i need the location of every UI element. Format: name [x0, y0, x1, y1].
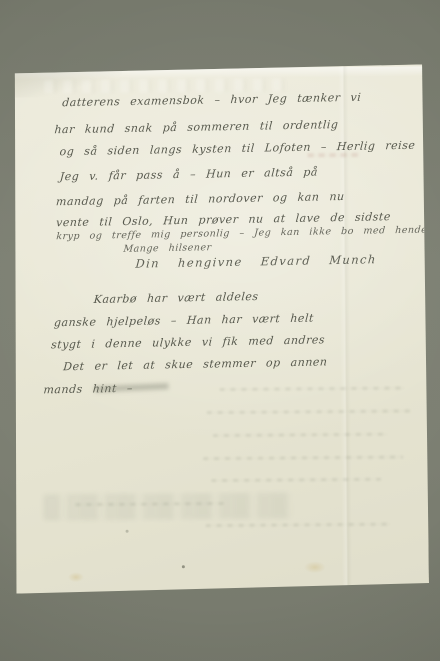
paper-speck [126, 530, 129, 533]
paper-corner-shade [12, 67, 122, 98]
bleed-through-text [213, 433, 388, 437]
mirrored-stamp-bleed-through [43, 492, 293, 520]
photo-backdrop: datterens examensbok – hvor Jeg tænker v… [0, 0, 440, 661]
handwritten-line: Det er let at skue stemmer op annen [63, 355, 328, 373]
handwritten-line: datterens examensbok – hvor Jeg tænker v… [62, 91, 362, 109]
bleed-through-text [211, 478, 381, 482]
handwritten-line: ganske hjelpeløs – Han har vært helt [53, 312, 314, 330]
bleed-through-text [207, 410, 412, 415]
handwritten-line: Jeg v. får pass å – Hun er altså på [59, 166, 318, 184]
letter-sheet: datterens examensbok – hvor Jeg tænker v… [12, 64, 429, 593]
bleed-through-text [206, 523, 391, 527]
paper-stain [304, 561, 326, 573]
bleed-through-text [203, 456, 403, 461]
paper-stain [68, 572, 84, 582]
handwritten-line: stygt i denne ulykke vi fik med andres [51, 333, 326, 351]
paper-edge-highlight [14, 66, 423, 79]
bleed-through-text [219, 387, 404, 391]
handwritten-line: Kaarbø har vært aldeles [93, 290, 259, 306]
handwritten-line: mandag på farten til nordover og kan nu [56, 190, 346, 208]
handwritten-line: og så siden langs kysten til Lofoten – H… [59, 139, 416, 159]
handwritten-line: mands hint – [43, 382, 133, 397]
handwritten-line: har kund snak på sommeren til ordentlig [54, 118, 339, 136]
bleed-through-text [75, 502, 225, 506]
handwritten-line: Mange hilsener [123, 242, 212, 255]
signature-line: Din hengivne Edvard Munch [135, 252, 377, 270]
embossed-letterhead-watermark [44, 78, 289, 93]
paper-speck [182, 565, 185, 568]
